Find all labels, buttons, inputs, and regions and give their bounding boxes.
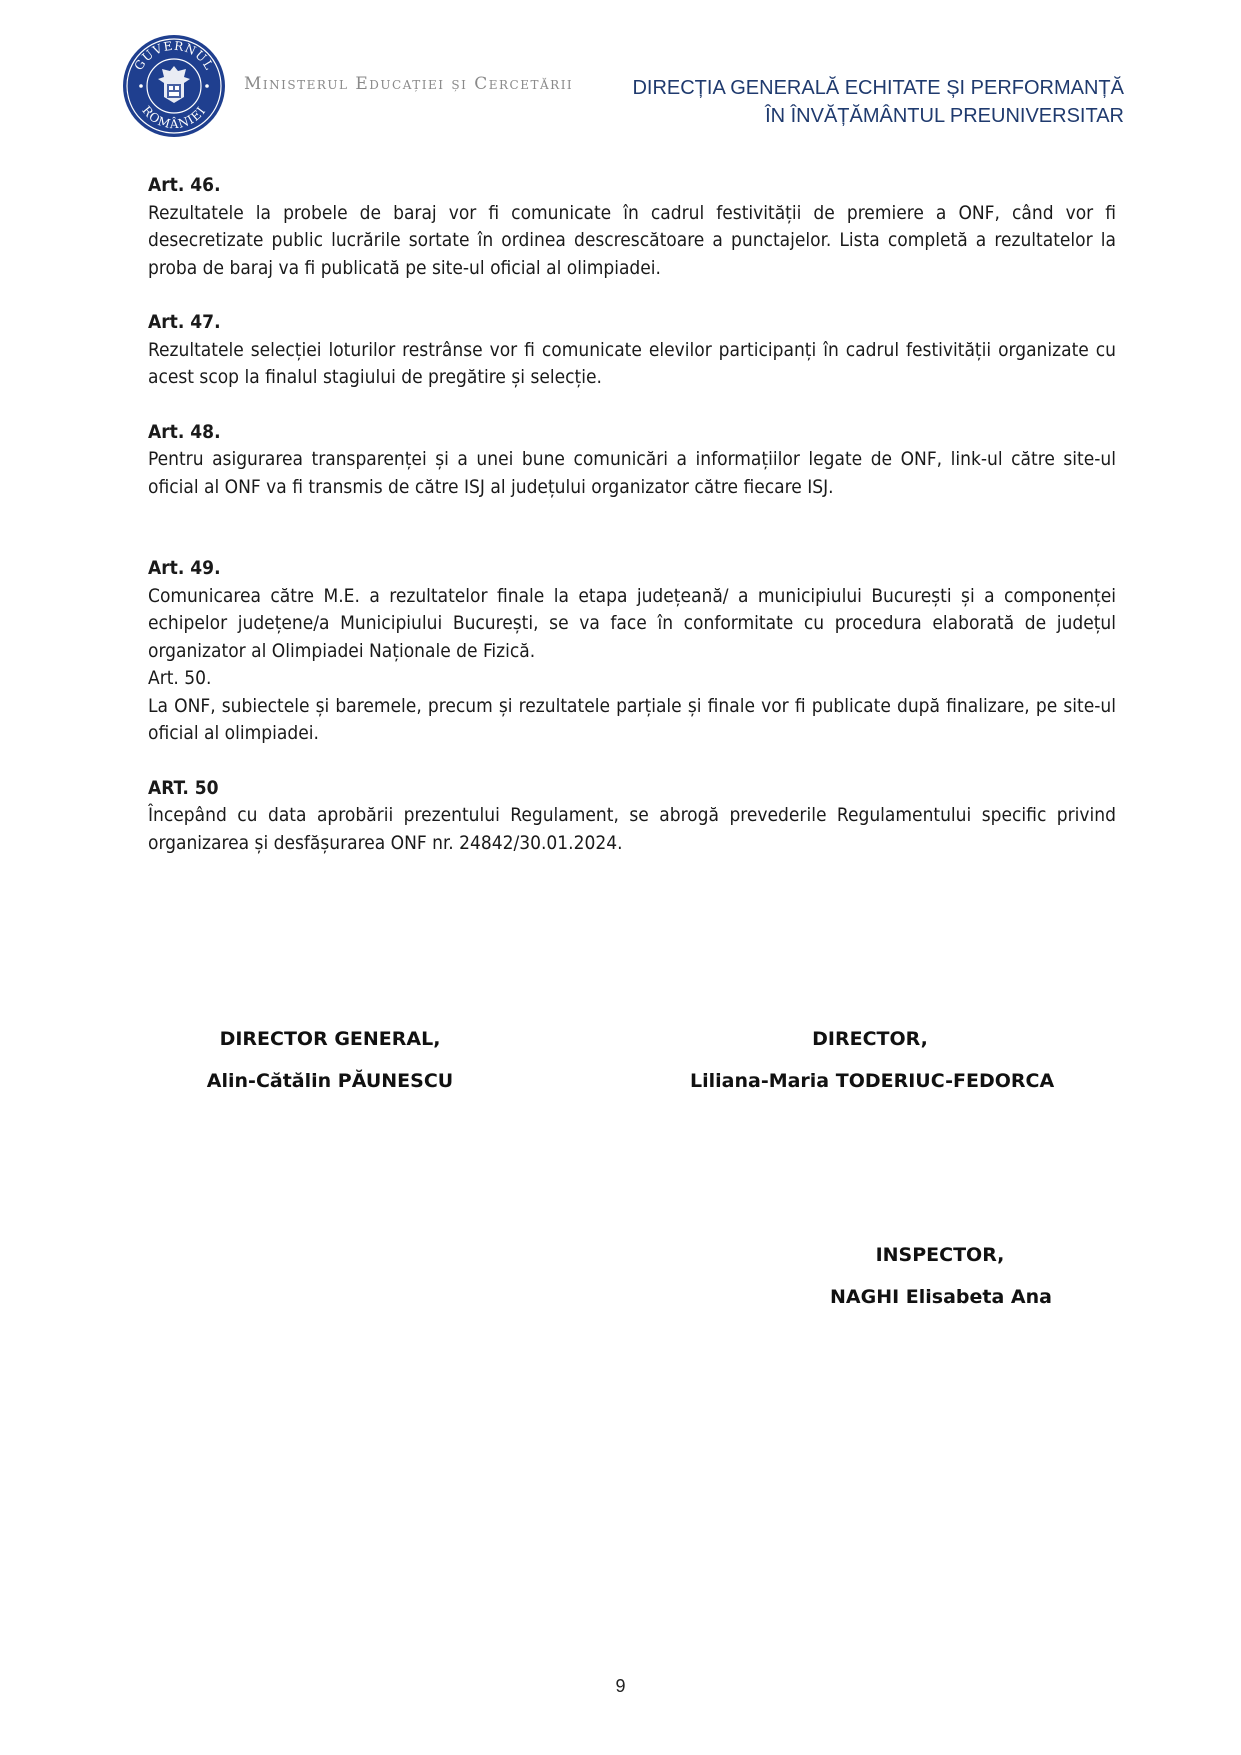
signature-director: DIRECTOR, Liliana-Maria TODERIUC-FEDORCA xyxy=(690,1028,1050,1092)
article-text: Pentru asigurarea transparenței și a une… xyxy=(148,446,1116,501)
article-title: Art. 47. xyxy=(148,309,1116,337)
article-title: ART. 50 xyxy=(148,775,1116,803)
article-text: Începând cu data aprobării prezentului R… xyxy=(148,802,1116,857)
article-text: Rezultatele la probele de baraj vor fi c… xyxy=(148,200,1116,283)
article-title: Art. 49. xyxy=(148,555,1116,583)
article-46: Art. 46. Rezultatele la probele de baraj… xyxy=(148,172,1116,282)
article-text: Comunicarea către M.E. a rezultatelor fi… xyxy=(148,583,1116,666)
article-50: Art. 50. La ONF, subiectele și baremele,… xyxy=(148,665,1116,748)
article-47: Art. 47. Rezultatele selecției loturilor… xyxy=(148,309,1116,392)
page-header: GUVERNUL ROMÂNIEI Ministerul Educației ș… xyxy=(0,0,1241,150)
government-seal-icon: GUVERNUL ROMÂNIEI xyxy=(122,34,226,138)
directorate-line-1: DIRECȚIA GENERALĂ ECHITATE ȘI PERFORMANȚ… xyxy=(632,74,1124,102)
document-body: Art. 46. Rezultatele la probele de baraj… xyxy=(148,172,1116,857)
directorate-name: DIRECȚIA GENERALĂ ECHITATE ȘI PERFORMANȚ… xyxy=(632,74,1124,130)
signature-role: INSPECTOR, xyxy=(830,1244,1050,1266)
article-50-final: ART. 50 Începând cu data aprobării preze… xyxy=(148,775,1116,858)
article-text: La ONF, subiectele și baremele, precum ș… xyxy=(148,693,1116,748)
directorate-line-2: ÎN ÎNVĂȚĂMÂNTUL PREUNIVERSITAR xyxy=(632,102,1124,130)
ministry-name: Ministerul Educației și Cercetării xyxy=(244,74,573,94)
article-title: Art. 46. xyxy=(148,172,1116,200)
signature-name: Alin-Cătălin PĂUNESCU xyxy=(200,1070,460,1092)
article-text: Rezultatele selecției loturilor restrâns… xyxy=(148,337,1116,392)
signature-role: DIRECTOR, xyxy=(690,1028,1050,1050)
article-title: Art. 48. xyxy=(148,419,1116,447)
signature-name: NAGHI Elisabeta Ana xyxy=(830,1286,1050,1308)
article-48: Art. 48. Pentru asigurarea transparenței… xyxy=(148,419,1116,502)
signature-director-general: DIRECTOR GENERAL, Alin-Cătălin PĂUNESCU xyxy=(200,1028,460,1092)
article-49: Art. 49. Comunicarea către M.E. a rezult… xyxy=(148,555,1116,665)
signature-name: Liliana-Maria TODERIUC-FEDORCA xyxy=(690,1070,1050,1092)
page-number: 9 xyxy=(0,1676,1241,1697)
signature-role: DIRECTOR GENERAL, xyxy=(200,1028,460,1050)
signature-inspector: INSPECTOR, NAGHI Elisabeta Ana xyxy=(830,1244,1050,1308)
article-title: Art. 50. xyxy=(148,665,1116,693)
